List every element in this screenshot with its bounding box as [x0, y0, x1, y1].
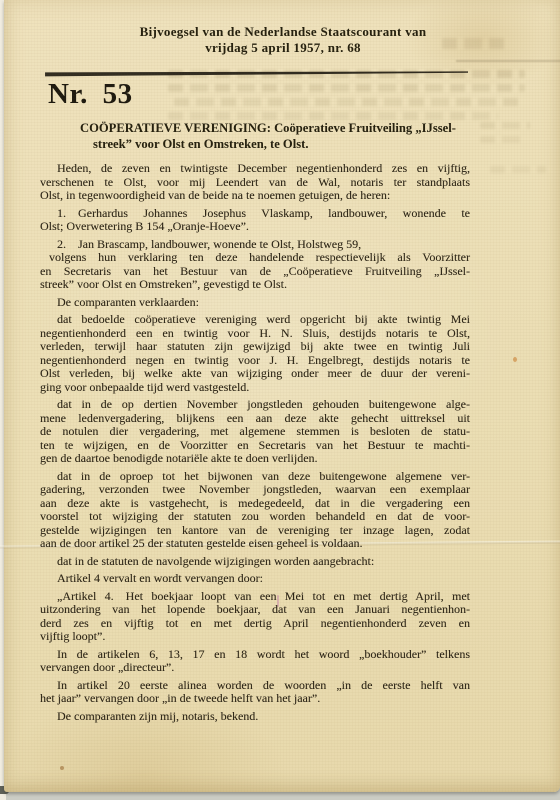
- text-line: en Secretaris van het Bestuur van de „Co…: [40, 265, 470, 279]
- masthead: Bijvoegsel van de Nederlandse Staatscour…: [40, 24, 470, 56]
- document-title: COÖPERATIEVE VERENIGING: Coöperatieve Fr…: [40, 120, 470, 152]
- ink-bleedthrough: [480, 136, 524, 143]
- paragraph-4: De comparanten verklaarden:: [40, 296, 470, 310]
- header-rule: [45, 62, 468, 69]
- text-line: negentienhonderd een en twintig voor H. …: [40, 327, 470, 341]
- text-line: vijftig loopt”.: [40, 630, 470, 644]
- paper-sheet: Bijvoegsel van de Nederlandse Staatscour…: [4, 0, 560, 792]
- text-line: Olst, in tegenwoordigheid van de beide n…: [40, 189, 470, 203]
- text-line: ten te wijzigen, en de Voorzitter en Sec…: [40, 439, 470, 453]
- text-line: volgens hun verklaring ten deze handelen…: [40, 251, 470, 265]
- title-line-1: COÖPERATIEVE VERENIGING: Coöperatieve Fr…: [40, 120, 470, 136]
- paper-speck: [513, 357, 517, 362]
- title-line-2: streek” voor Olst en Omstreken, te Olst.: [40, 136, 470, 152]
- text-line: het jaar” vervangen door „in de tweede h…: [40, 692, 470, 706]
- text-line: gestelde wijzigingen ten kantore van de …: [40, 524, 470, 538]
- text-line: mene ledenvergadering, blijkens een aan …: [40, 412, 470, 426]
- paragraph-3: 2. Jan Brascamp, landbouwer, wonende te …: [40, 238, 470, 292]
- masthead-line-1: Bijvoegsel van de Nederlandse Staatscour…: [96, 24, 470, 40]
- ink-bleedthrough: [480, 122, 530, 129]
- text-line: 1. Gerhardus Johannes Josephus Vlaskamp,…: [40, 207, 470, 221]
- text-line: 2. Jan Brascamp, landbouwer, wonende te …: [40, 238, 470, 252]
- text-line: gen de daartoe benodigde notariële akte …: [40, 452, 470, 466]
- paragraph-1: Heden, de zeven en twintigste December n…: [40, 162, 470, 203]
- paragraph-7: dat in de oproep tot het bijwonen van de…: [40, 470, 470, 551]
- text-line: dat in de statuten de navolgende wijzigi…: [40, 555, 470, 569]
- document-body: Heden, de zeven en twintigste December n…: [40, 162, 470, 723]
- paragraph-9: Artikel 4 vervalt en wordt vervangen doo…: [40, 572, 470, 586]
- text-line: vervangen door „directeur”.: [40, 661, 470, 675]
- paragraph-8: dat in de statuten de navolgende wijzigi…: [40, 555, 470, 569]
- paragraph-10: „Artikel 4. Het boekjaar loopt van een M…: [40, 590, 470, 644]
- text-line: Artikel 4 vervalt en wordt vervangen doo…: [40, 572, 470, 586]
- text-line: de notulen dier vergadering, met algemen…: [40, 425, 470, 439]
- paragraph-2: 1. Gerhardus Johannes Josephus Vlaskamp,…: [40, 207, 470, 234]
- text-line: verschenen te Olst, voor mij Leendert va…: [40, 176, 470, 190]
- text-line: dat bedoelde coöperatieve vereniging wer…: [40, 313, 470, 327]
- masthead-line-2: vrijdag 5 april 1957, nr. 68: [96, 40, 470, 56]
- document-page: Bijvoegsel van de Nederlandse Staatscour…: [0, 0, 560, 800]
- text-line: In artikel 20 eerste alinea worden de wo…: [40, 679, 470, 693]
- text-line: dat in de op dertien November jongstlede…: [40, 398, 470, 412]
- paragraph-11: In de artikelen 6, 13, 17 en 18 wordt he…: [40, 648, 470, 675]
- text-line: Olst; Overwetering B 154 „Oranje-Hoeve”.: [40, 220, 470, 234]
- paragraph-6: dat in de op dertien November jongstlede…: [40, 398, 470, 466]
- paragraph-13: De comparanten zijn mij, notaris, bekend…: [40, 710, 470, 724]
- text-line: „Artikel 4. Het boekjaar loopt van een M…: [40, 590, 470, 604]
- text-line: aan deze akte is vastgehecht, is medeged…: [40, 497, 470, 511]
- text-line: De comparanten zijn mij, notaris, bekend…: [40, 710, 470, 724]
- text-line: voorstel tot wijziging der statuten zou …: [40, 510, 470, 524]
- paragraph-12: In artikel 20 eerste alinea worden de wo…: [40, 679, 470, 706]
- printed-content: Bijvoegsel van de Nederlandse Staatscour…: [40, 0, 470, 723]
- text-line: negentienhonderd negen en twintig voor J…: [40, 354, 470, 368]
- text-line: gadering, verzonden twee November jongst…: [40, 483, 470, 497]
- text-line: verleden, terwijl haar statuten zijn gew…: [40, 340, 470, 354]
- text-line: Olst verleden, bij welke akte van wijzig…: [40, 367, 470, 381]
- paper-speck: [60, 766, 64, 770]
- text-line: De comparanten verklaarden:: [40, 296, 470, 310]
- text-line: uitzondering van het lopende boekjaar, d…: [40, 603, 470, 617]
- issue-number: Nr. 53: [48, 80, 470, 109]
- ink-bleedthrough: [490, 166, 546, 173]
- text-line: dat in de oproep tot het bijwonen van de…: [40, 470, 470, 484]
- text-line: derd zes en vijftig tot en met dertig Ap…: [40, 617, 470, 631]
- text-line: streek” voor Olst en Omstreken”, gevesti…: [40, 278, 470, 292]
- text-line: ging voor onbepaalde tijd werd vastgeste…: [40, 381, 470, 395]
- text-line: In de artikelen 6, 13, 17 en 18 wordt he…: [40, 648, 470, 662]
- fold-crease: [456, 60, 560, 62]
- paragraph-5: dat bedoelde coöperatieve vereniging wer…: [40, 313, 470, 394]
- text-line: aan de door artikel 25 der statuten gest…: [40, 537, 470, 551]
- text-line: Heden, de zeven en twintigste December n…: [40, 162, 470, 176]
